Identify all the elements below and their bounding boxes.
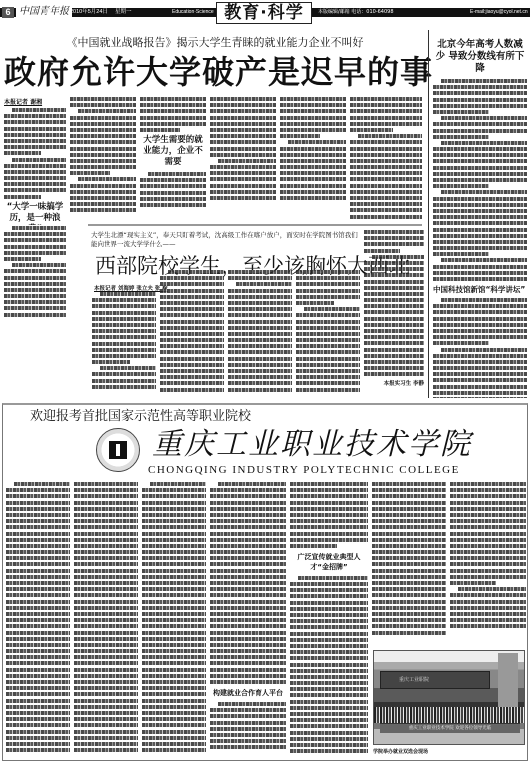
article-body-text (364, 230, 424, 376)
editor-contact: 本版编辑/邮箱 电话：010-64098 (318, 8, 394, 17)
section-name-english: Education·Science (172, 8, 214, 17)
ad-column-7 (450, 482, 526, 647)
article-body-text (160, 270, 224, 392)
sidebar-title: 北京今年高考人数减少 导致分数线有所下降 (433, 39, 527, 75)
emblem-gate-icon (109, 441, 127, 459)
ad-column-5: 广泛宣传就业典型人才“金招牌” (290, 482, 368, 757)
school-emblem-icon (96, 428, 140, 472)
article-body-text (350, 97, 422, 219)
article-body-text (4, 108, 66, 199)
lead-column-4 (210, 97, 276, 207)
second-column-1 (92, 292, 156, 398)
second-article-credit: 本报实习生 李静 (364, 379, 424, 387)
lead-column-1: 本报记者 谢湘 “大学一味搞学历，是一种浪费” (4, 97, 66, 225)
photo-building (498, 653, 518, 713)
lead-headline: 政府允许大学破产是迟早的事 (4, 52, 428, 92)
issue-date: 2010年5月24日 (70, 8, 108, 17)
lead-column-6 (350, 97, 422, 227)
masthead: 6 中国青年报 ///// 2010年5月24日 星期一 Education·S… (0, 0, 530, 26)
article-body-text (280, 97, 346, 200)
article-body-text (74, 482, 138, 752)
lead-column-3: 大学生需要的就业能力，企业不需要 (140, 97, 206, 207)
page-number: 6 (2, 7, 14, 18)
second-article-byline: 本报记者 刘海婷 张立夫 张 稼 (94, 284, 168, 292)
ad-column-4: 构建就业合作育人平台 (210, 482, 286, 757)
photo-caption: 学院举办就业双选会现场 (373, 748, 428, 755)
article-body-text (4, 226, 66, 317)
sidebar-divider (428, 30, 429, 398)
lead-kicker: 《中国就业战略报告》揭示大学生青睐的就业能力企业不叫好 (60, 36, 370, 50)
article-body-text (92, 292, 156, 389)
issue-weekday: 星期一 (115, 8, 132, 17)
lead-subhead-2: 大学生需要的就业能力，企业不需要 (140, 135, 206, 168)
newspaper-logo: 中国青年报 (16, 5, 72, 19)
photo-banner: 重庆工业职院 (380, 671, 490, 689)
lead-byline: 本报记者 谢湘 (4, 97, 66, 106)
sidebar-subtitle: 中国科技馆新馆“科学讲坛” (433, 285, 527, 295)
second-column-3 (228, 270, 292, 398)
article-body-text (210, 702, 286, 749)
school-name-chinese: 重庆工业职业技术学院 (152, 428, 472, 462)
lead-column-1b (4, 226, 66, 326)
photo-crowd (374, 707, 524, 723)
section-divider (88, 224, 422, 226)
ad-column-6 (372, 482, 446, 647)
lead-subhead-1: “大学一味搞学历，是一种浪费” (4, 202, 66, 225)
job-fair-photo: 重庆工业职院 重庆工业职业技术学院 欢迎各位领导光临 (373, 650, 525, 745)
article-body-text (210, 482, 286, 684)
article-body-text (70, 97, 136, 212)
photo-sign: 重庆工业职业技术学院 欢迎各位领导光临 (380, 723, 520, 733)
second-column-2 (160, 270, 224, 398)
decorative-slashes: ///// (46, 8, 51, 17)
ad-subhead-2: 广泛宣传就业典型人才“金招牌” (290, 552, 368, 572)
article-body-text (210, 97, 276, 200)
article-body-text (296, 270, 360, 392)
lead-column-5 (280, 97, 346, 207)
second-column-4 (296, 270, 360, 398)
second-article-deck: 大学生北漂“现实主义”，奉天只盯着考试，沈高级工作在喀户放户，面安时在学院图书馆… (91, 231, 361, 249)
school-name-english: CHONGQING INDUSTRY POLYTECHNIC COLLEGE (148, 464, 460, 477)
article-body-text (290, 576, 368, 753)
second-column-5: 本报实习生 李静 (364, 230, 424, 398)
article-body-text (433, 79, 527, 281)
article-body-text (450, 482, 526, 628)
article-body-text (6, 482, 70, 752)
sidebar: 北京今年高考人数减少 导致分数线有所下降 中国科技馆新馆“科学讲坛” (433, 36, 527, 398)
ad-column-3 (142, 482, 206, 757)
ad-title: 欢迎报考首批国家示范性高等职业院校 (30, 408, 251, 425)
article-body-text (142, 482, 206, 752)
article-body-text (140, 97, 206, 132)
section-title: 教育·科学 (216, 2, 312, 24)
article-body-text (433, 298, 527, 398)
section-email: E-mail:jiaoyu@cyol.net.cn (470, 8, 528, 17)
ad-column-1 (6, 482, 70, 757)
article-body-text (140, 172, 206, 207)
article-body-text (228, 270, 292, 392)
ad-column-2 (74, 482, 138, 757)
article-body-text (290, 482, 368, 548)
article-body-text (372, 482, 446, 635)
ad-subhead-1: 构建就业合作育人平台 (210, 688, 286, 698)
